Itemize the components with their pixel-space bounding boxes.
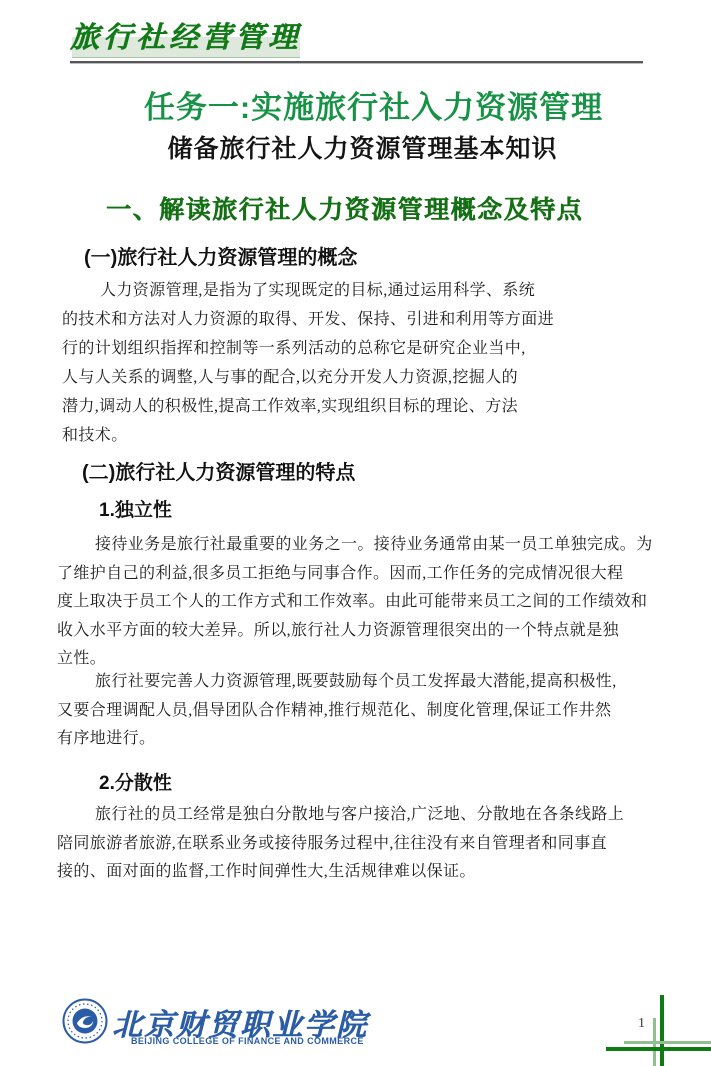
page-number: 1 <box>638 1016 645 1032</box>
college-seal-logo-icon <box>61 997 109 1045</box>
point-2-heading: 2.分散性 <box>99 768 172 795</box>
paragraph-line: 了维护自己的利益,很多员工拒绝与同事合作。因而,工作任务的完成情况很大程 <box>57 560 657 589</box>
corner-vertical-dark-line <box>660 995 664 1066</box>
subtitle: 储备旅行社人力资源管理基本知识 <box>0 129 711 165</box>
subsection-2-heading: (二)旅行社人力资源管理的特点 <box>82 456 355 485</box>
course-header: 旅行社经营管理 <box>70 20 301 54</box>
paragraph-line: 人力资源管理,是指为了实现既定的目标,通过运用科学、系统 <box>62 276 562 305</box>
paragraph-independence-2: 旅行社要完善人力资源管理,既要鼓励每个员工发挥最大潜能,提高积极性, 又要合理调… <box>57 668 657 754</box>
paragraph-line: 和技术。 <box>62 421 562 450</box>
corner-horizontal-light-line <box>624 1041 711 1044</box>
paragraph-dispersion: 旅行社的员工经常是独白分散地与客户接洽,广泛地、分散地在各条线路上 陪同旅游者旅… <box>57 801 657 887</box>
paragraph-line: 潜力,调动人的积极性,提高工作效率,实现组织目标的理论、方法 <box>62 392 562 421</box>
paragraph-line: 的技术和方法对人力资源的取得、开发、保持、引进和利用等方面进 <box>62 305 562 334</box>
paragraph-concept: 人力资源管理,是指为了实现既定的目标,通过运用科学、系统 的技术和方法对人力资源… <box>62 276 562 450</box>
paragraph-line: 行的计划组织指挥和控制等一系列活动的总称它是研究企业当中, <box>62 334 562 363</box>
paragraph-line: 接的、面对面的监督,工作时间弹性大,生活规律难以保证。 <box>57 858 657 887</box>
header-divider-rule <box>70 61 643 64</box>
section-main-heading: 一、解读旅行社人力资源管理概念及特点 <box>0 190 711 226</box>
paragraph-line: 旅行社的员工经常是独白分散地与客户接洽,广泛地、分散地在各条线路上 <box>57 801 657 830</box>
paragraph-line: 又要合理调配人员,倡导团队合作精神,推行规范化、制度化管理,保证工作井然 <box>57 697 657 726</box>
paragraph-line: 有序地进行。 <box>57 725 657 754</box>
corner-horizontal-dark-line <box>606 1047 711 1051</box>
paragraph-line: 陪同旅游者旅游,在联系业务或接待服务过程中,往往没有来自管理者和同事直 <box>57 830 657 859</box>
college-name-en: BEIJING COLLEGE OF FINANCE AND COMMERCE <box>131 1036 364 1046</box>
point-1-heading: 1.独立性 <box>99 495 172 522</box>
course-title: 旅行社经营管理 <box>70 20 301 54</box>
paragraph-line: 接待业务是旅行社最重要的业务之一。接待业务通常由某一员工单独完成。为 <box>57 531 657 560</box>
task-title: 任务一:实施旅行社入力资源管理 <box>0 82 711 127</box>
paragraph-line: 旅行社要完善人力资源管理,既要鼓励每个员工发挥最大潜能,提高积极性, <box>57 668 657 697</box>
paragraph-line: 收入水平方面的较大差异。所以,旅行社人力资源管理很突出的一个特点就是独 <box>57 617 657 646</box>
subsection-1-heading: (一)旅行社人力资源管理的概念 <box>84 241 357 270</box>
paragraph-line: 度上取决于员工个人的工作方式和工作效率。由此可能带来员工之间的工作绩效和 <box>57 588 657 617</box>
paragraph-line: 人与人关系的调整,人与事的配合,以充分开发人力资源,挖掘人的 <box>62 363 562 392</box>
document-page: 旅行社经营管理 任务一:实施旅行社入力资源管理 储备旅行社人力资源管理基本知识 … <box>0 0 711 1066</box>
paragraph-independence-1: 接待业务是旅行社最重要的业务之一。接待业务通常由某一员工单独完成。为 了维护自己… <box>57 531 657 674</box>
